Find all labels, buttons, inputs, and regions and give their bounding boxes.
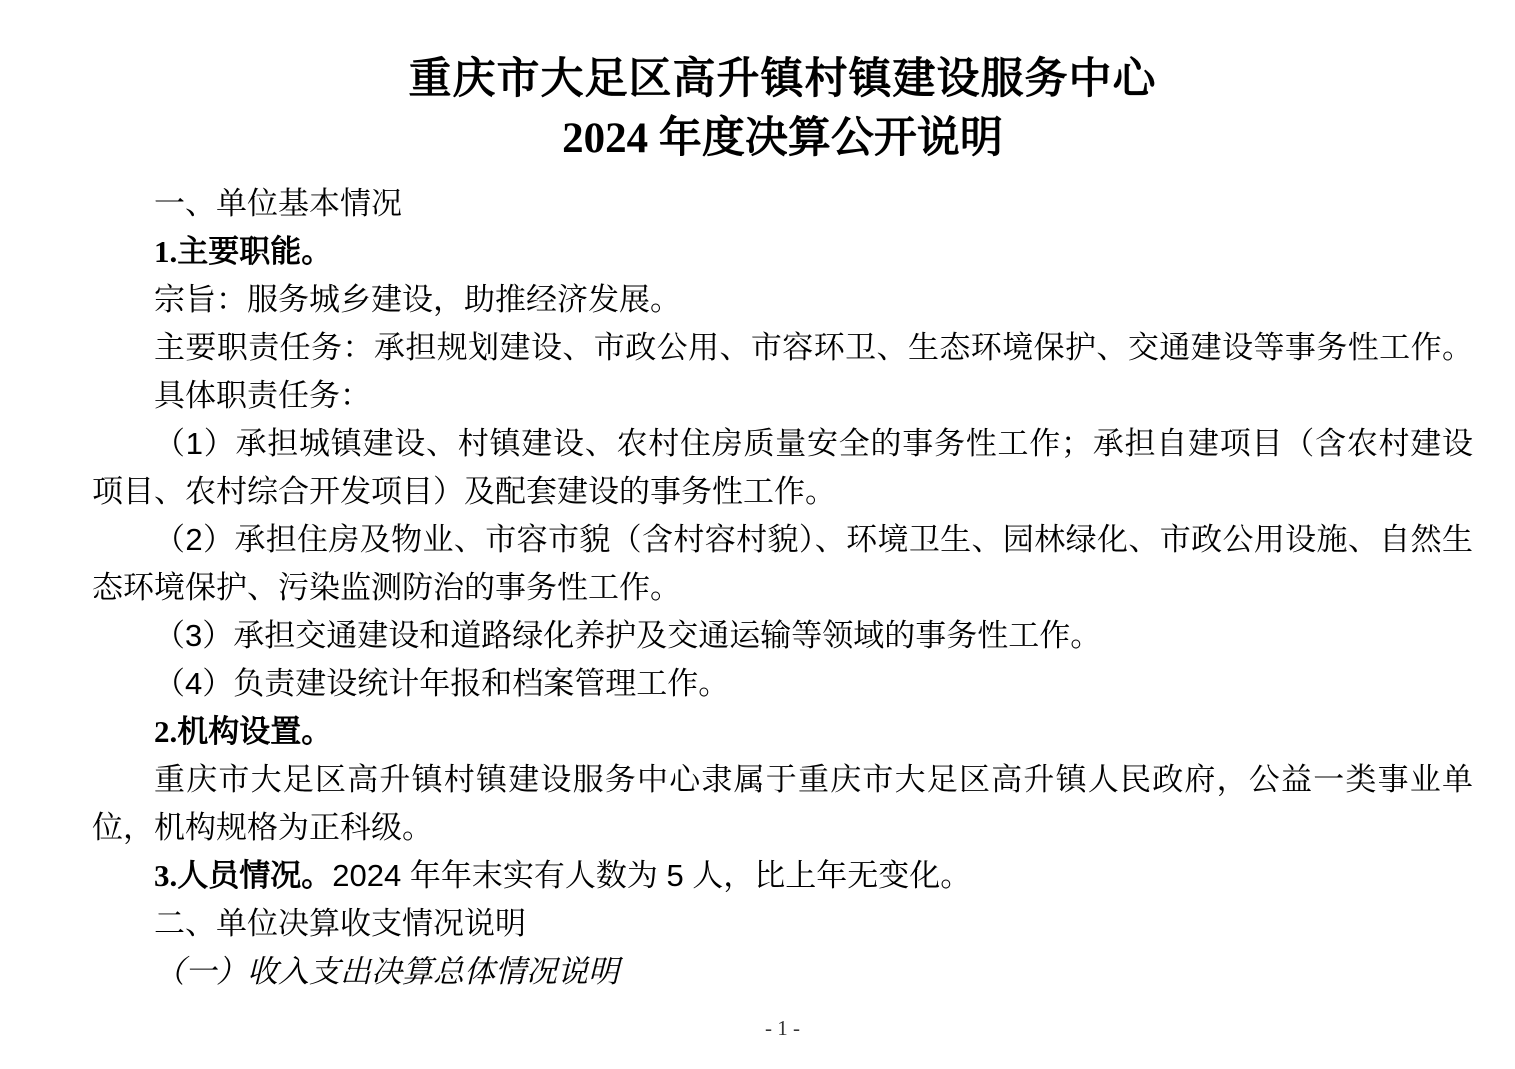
page-body: 重庆市大足区高升镇村镇建设服务中心 2024 年度决算公开说明 一、单位基本情况… — [0, 0, 1515, 996]
paragraph-duty-2: （2）承担住房及物业、市容市貌（含村容村貌）、环境卫生、园林绿化、市政公用设施、… — [92, 516, 1473, 612]
page-title-line2: 2024 年度决算公开说明 — [92, 110, 1473, 168]
title-line2-text: 年度决算公开说明 — [648, 115, 1003, 162]
subsection-number: 1. — [154, 234, 177, 269]
paragraph-duty-1: （1）承担城镇建设、村镇建设、农村住房质量安全的事务性工作；承担自建项目（含农村… — [92, 420, 1473, 516]
staffing-text: 2024 年年末实有人数为 5 人，比上年无变化。 — [332, 858, 971, 893]
document-page: 重庆市大足区高升镇村镇建设服务中心 2024 年度决算公开说明 一、单位基本情况… — [0, 0, 1515, 1069]
paragraph-purpose: 宗旨：服务城乡建设，助推经济发展。 — [92, 276, 1473, 324]
page-title-line1: 重庆市大足区高升镇村镇建设服务中心 — [92, 50, 1473, 110]
subsection-number: 2. — [154, 714, 177, 749]
section-heading-basic-info: 一、单位基本情况 — [92, 180, 1473, 228]
paragraph-duty-3: （3）承担交通建设和道路绿化养护及交通运输等领域的事务性工作。 — [92, 612, 1473, 660]
section-heading-budget-statement: 二、单位决算收支情况说明 — [92, 900, 1473, 948]
page-number: - 1 - — [92, 1016, 1473, 1041]
paragraph-main-duties: 主要职责任务：承担规划建设、市政公用、市容环卫、生态环境保护、交通建设等事务性工… — [92, 324, 1473, 372]
document-title: 重庆市大足区高升镇村镇建设服务中心 2024 年度决算公开说明 — [92, 50, 1473, 168]
paragraph-duty-4: （4）负责建设统计年报和档案管理工作。 — [92, 660, 1473, 708]
paragraph-org-affiliation: 重庆市大足区高升镇村镇建设服务中心隶属于重庆市大足区高升镇人民政府，公益一类事业… — [92, 756, 1473, 852]
subsection-label: 主要职能。 — [177, 234, 332, 269]
document-content: 一、单位基本情况 1.主要职能。 宗旨：服务城乡建设，助推经济发展。 主要职责任… — [92, 180, 1473, 996]
subsection-heading-income-expense-overview: （一）收入支出决算总体情况说明 — [92, 948, 1473, 996]
subsection-label: 机构设置。 — [177, 714, 332, 749]
subsection-heading-main-functions: 1.主要职能。 — [92, 228, 1473, 276]
subsection-heading-org-setup: 2.机构设置。 — [92, 708, 1473, 756]
paragraph-specific-duties-label: 具体职责任务： — [92, 372, 1473, 420]
title-year: 2024 — [562, 115, 648, 162]
subsection-number: 3. — [154, 858, 177, 893]
paragraph-staffing: 3.人员情况。2024 年年末实有人数为 5 人，比上年无变化。 — [92, 852, 1473, 900]
subsection-label: 人员情况。 — [177, 858, 332, 893]
